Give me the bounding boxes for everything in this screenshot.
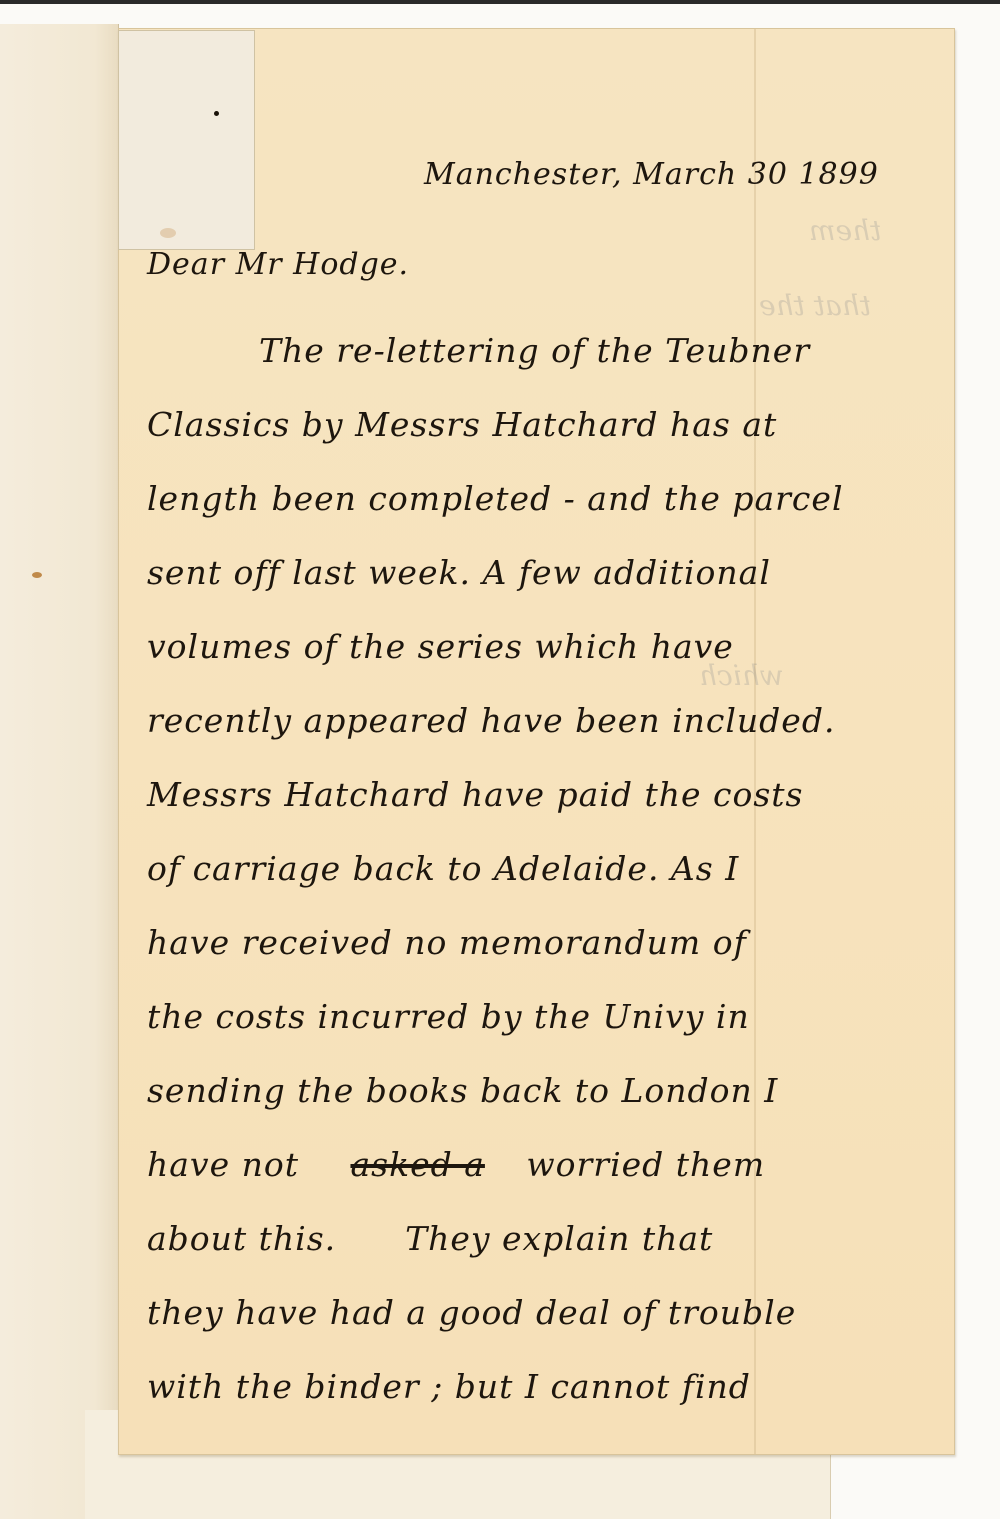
letter-line: sending the books back to London I	[147, 1071, 778, 1110]
left-underlying-page	[0, 24, 119, 1519]
letter-line: have received no memorandum of	[147, 923, 747, 962]
mounting-slip	[118, 30, 255, 250]
letter-line: The re-lettering of the Teubner	[259, 331, 810, 370]
letter-text: worried them	[526, 1145, 765, 1184]
bleed-through-text: that the	[759, 289, 871, 322]
letter-line: with the binder ; but I cannot find	[147, 1367, 751, 1406]
letter-line: Classics by Messrs Hatchard has at	[147, 405, 777, 444]
letter-line: recently appeared have been included.	[147, 701, 835, 740]
bleed-through-text: them	[809, 214, 881, 247]
foxing-stain	[32, 572, 42, 578]
letter-text: have not	[147, 1145, 299, 1184]
letter-line: about this. They explain that	[147, 1219, 713, 1258]
letter-line: volumes of the series which have	[147, 627, 734, 666]
scan-edge	[0, 0, 1000, 4]
letter-line: sent off last week. A few additional	[147, 553, 771, 592]
salutation: Dear Mr Hodge.	[147, 247, 409, 282]
letter-line: have not asked a worried them	[147, 1145, 765, 1184]
ink-dot	[214, 111, 219, 116]
letter-line: the costs incurred by the Univy in	[147, 997, 750, 1036]
letter-line: Messrs Hatchard have paid the costs	[147, 775, 803, 814]
struck-text: asked a	[350, 1145, 484, 1184]
fold-crease	[754, 29, 756, 1454]
letter-line: of carriage back to Adelaide. As I	[147, 849, 739, 888]
letter-line: length been completed - and the parcel	[147, 479, 844, 518]
place-date: Manchester, March 30 1899	[424, 157, 879, 192]
letter-line: they have had a good deal of trouble	[147, 1293, 796, 1332]
foxing-stain	[160, 228, 176, 238]
